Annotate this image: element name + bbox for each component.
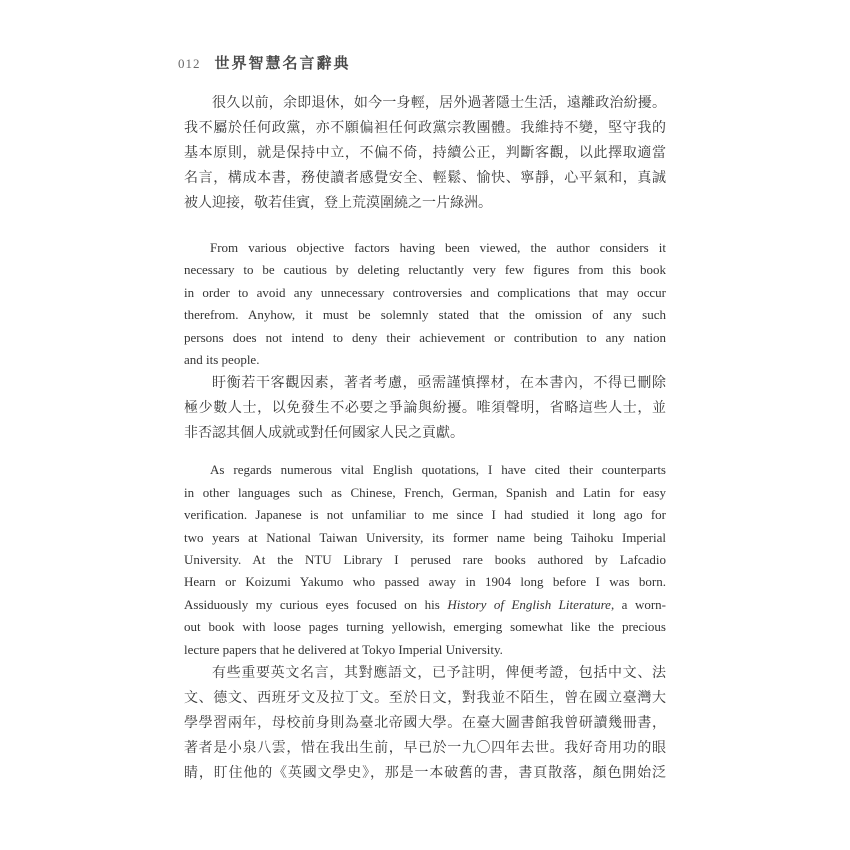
text-line: 被人迎接，敬若佳賓，登上荒漠圍繞之一片綠洲。 bbox=[184, 191, 666, 216]
text-line: out book with loose pages turning yellow… bbox=[184, 616, 666, 638]
paragraph-chinese-3: 有些重要英文名言，其對應語文，已予註明，俾便考證，包括中文、法文、德文、西班牙文… bbox=[184, 661, 666, 786]
text-line: 學學習兩年，母校前身則為臺北帝國大學。在臺大圖書館我曾研讀幾冊書， bbox=[184, 711, 666, 736]
text-line: 很久以前，余即退休，如今一身輕，居外過著隱士生活，遠離政治紛擾。 bbox=[184, 91, 666, 116]
text-line: two years at National Taiwan University,… bbox=[184, 527, 666, 549]
text-line: From various objective factors having be… bbox=[184, 237, 666, 259]
text-line: 著者是小泉八雲，惜在我出生前，早已於一九〇四年去世。我好奇用功的眼 bbox=[184, 736, 666, 761]
page-number: 012 bbox=[178, 56, 201, 72]
text-line: 名言，構成本書，務使讀者感覺安全、輕鬆、愉快、寧靜，心平氣和，真誠 bbox=[184, 166, 666, 191]
text-line: and its people. bbox=[184, 349, 666, 371]
content-column: 很久以前，余即退休，如今一身輕，居外過著隱士生活，遠離政治紛擾。我不屬於任何政黨… bbox=[184, 91, 666, 786]
paragraph-english-2: As regards numerous vital English quotat… bbox=[184, 459, 666, 661]
text-line: in order to avoid any unnecessary contro… bbox=[184, 282, 666, 304]
text-line: 非否認其個人成就或對任何國家人民之貢獻。 bbox=[184, 421, 666, 446]
text-line: persons does not intend to deny their ac… bbox=[184, 327, 666, 349]
text-line: 有些重要英文名言，其對應語文，已予註明，俾便考證，包括中文、法 bbox=[184, 661, 666, 686]
text-line: necessary to be cautious by deleting rel… bbox=[184, 259, 666, 281]
text-line: 基本原則，就是保持中立，不偏不倚，持續公正，判斷客觀，以此擇取適當 bbox=[184, 141, 666, 166]
text-line: Assiduously my curious eyes focused on h… bbox=[184, 594, 666, 616]
text-line: 文、德文、西班牙文及拉丁文。至於日文，對我並不陌生，曾在國立臺灣大 bbox=[184, 686, 666, 711]
page-header: 012 世界智慧名言辭典 bbox=[178, 52, 850, 73]
text-line: in other languages such as Chinese, Fren… bbox=[184, 482, 666, 504]
book-page: 012 世界智慧名言辭典 很久以前，余即退休，如今一身輕，居外過著隱士生活，遠離… bbox=[0, 0, 850, 850]
paragraph-english-1: From various objective factors having be… bbox=[184, 237, 666, 371]
book-title: 世界智慧名言辭典 bbox=[215, 52, 351, 73]
text-line: Hearn or Koizumi Yakumo who passed away … bbox=[184, 571, 666, 593]
text-line: As regards numerous vital English quotat… bbox=[184, 459, 666, 481]
text-line: 睛，盯住他的《英國文學史》，那是一本破舊的書，書頁散落，顏色開始泛 bbox=[184, 761, 666, 786]
text-line: verification. Japanese is not unfamiliar… bbox=[184, 504, 666, 526]
paragraph-chinese-1: 很久以前，余即退休，如今一身輕，居外過著隱士生活，遠離政治紛擾。我不屬於任何政黨… bbox=[184, 91, 666, 216]
paragraph-chinese-2: 盱衡若干客觀因素，著者考慮，亟需謹慎擇材，在本書內，不得已刪除極少數人士，以免發… bbox=[184, 371, 666, 446]
text-line: 我不屬於任何政黨，亦不願偏袒任何政黨宗教團體。我維持不變，堅守我的 bbox=[184, 116, 666, 141]
text-line: therefrom. Anyhow, it must be solemnly s… bbox=[184, 304, 666, 326]
text-line: lecture papers that he delivered at Toky… bbox=[184, 639, 666, 661]
text-line: University. At the NTU Library I perused… bbox=[184, 549, 666, 571]
text-line: 盱衡若干客觀因素，著者考慮，亟需謹慎擇材，在本書內，不得已刪除 bbox=[184, 371, 666, 396]
text-line: 極少數人士，以免發生不必要之爭論與紛擾。唯須聲明，省略這些人士，並 bbox=[184, 396, 666, 421]
